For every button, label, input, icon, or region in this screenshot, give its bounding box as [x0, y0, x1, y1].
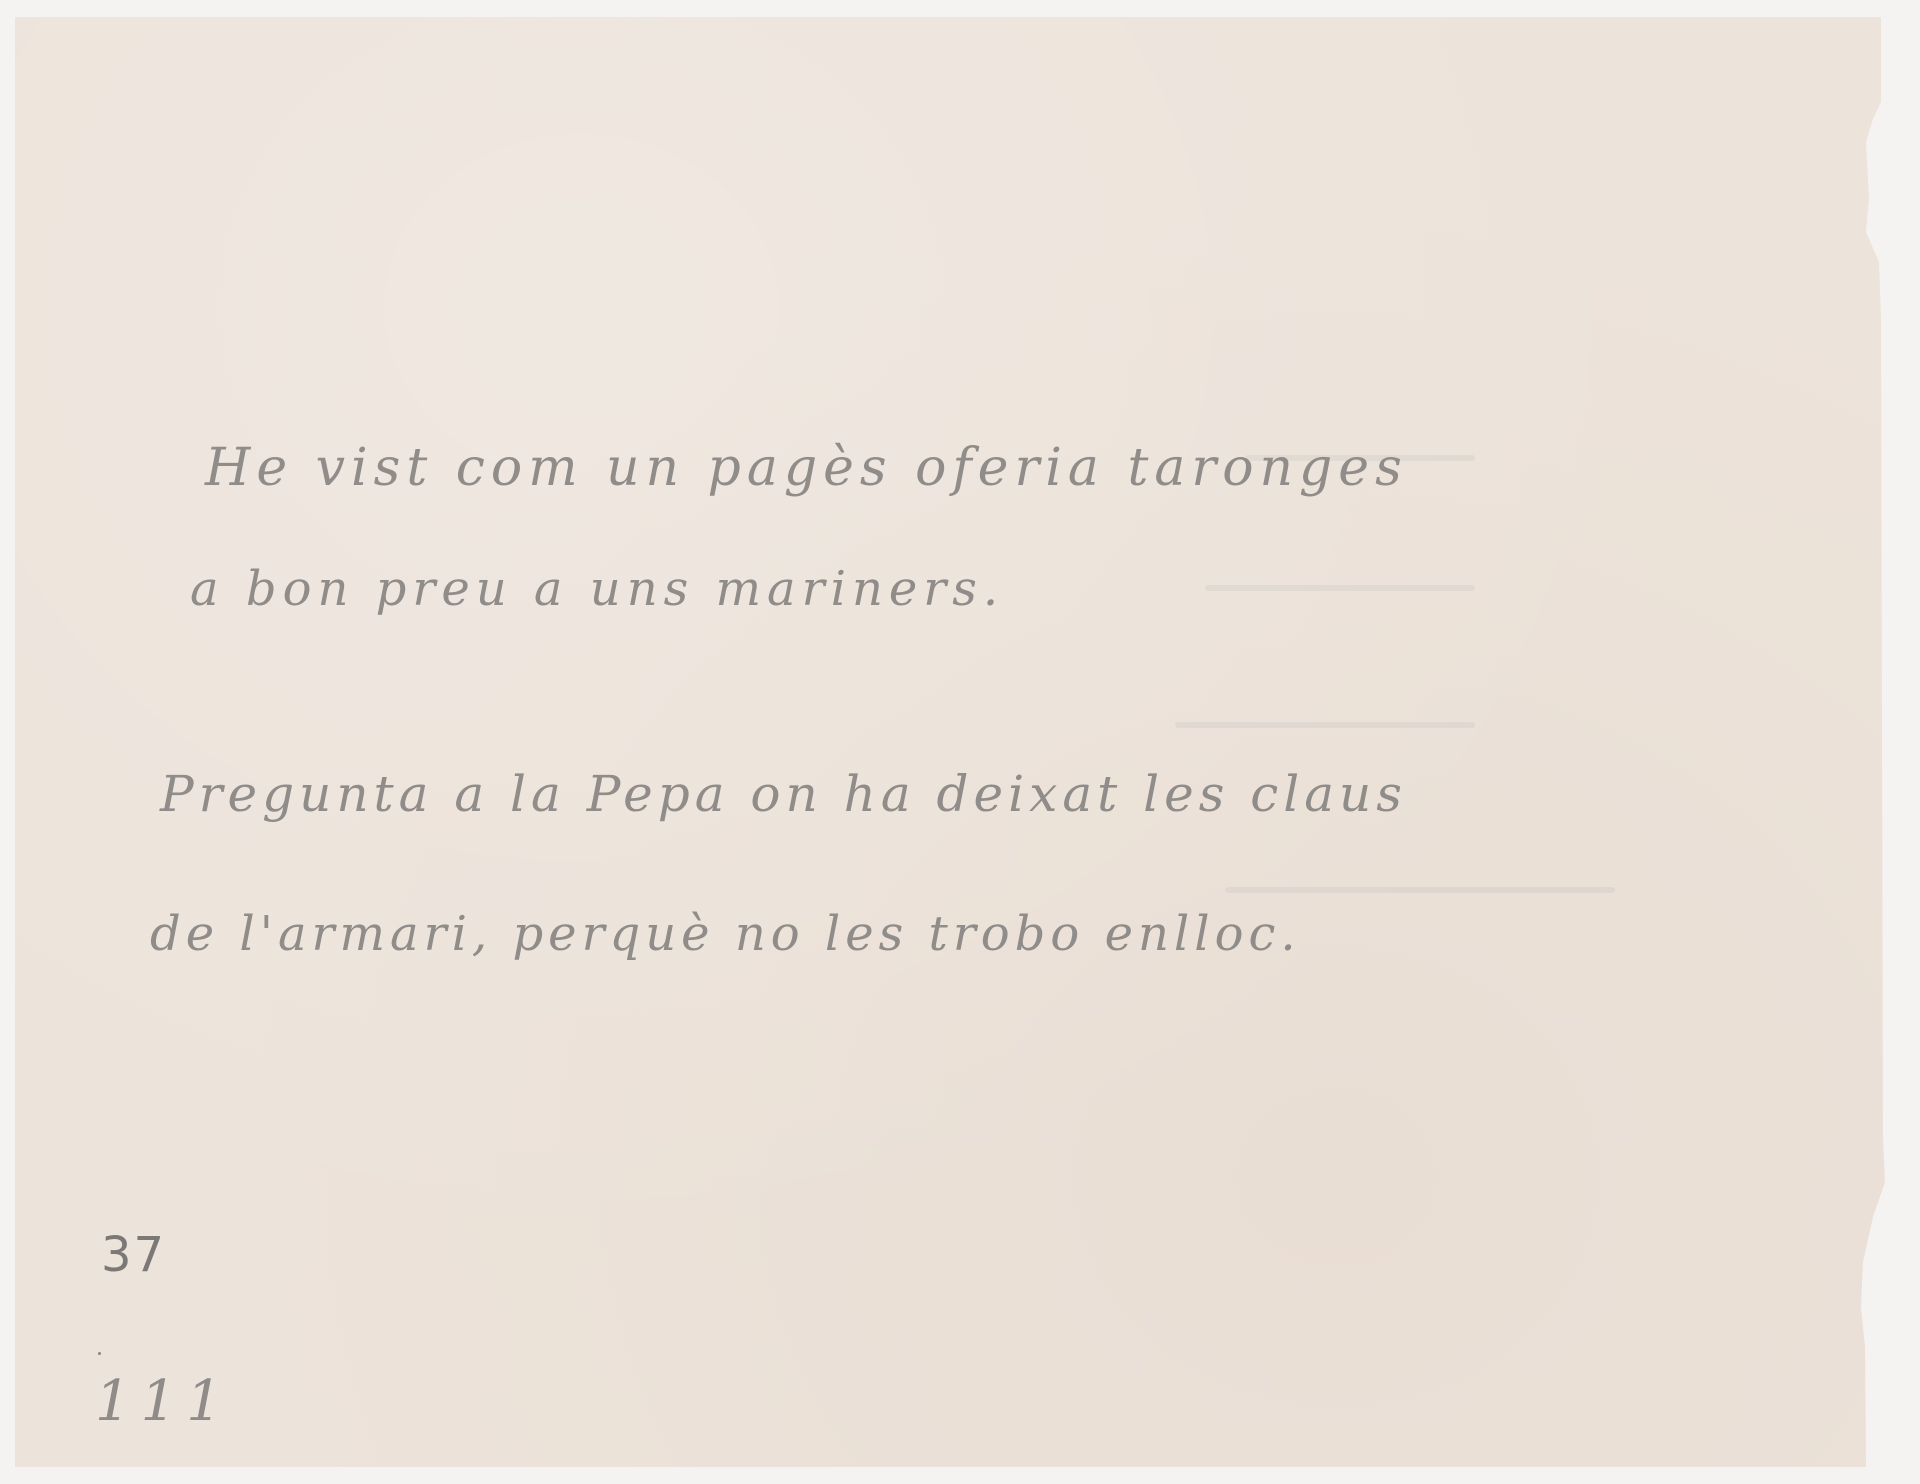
paragraph-2-line-1: Pregunta a la Pepa on ha deixat les clau…	[160, 769, 1407, 819]
paper-sheet: He vist com un pagès oferia taronges a b…	[15, 17, 1903, 1467]
scan-background: He vist com un pagès oferia taronges a b…	[0, 0, 1920, 1484]
paragraph-2-line-2: de l'armari, perquè no les trobo enlloc.	[150, 910, 1301, 958]
paragraph-1-line-1: He vist com un pagès oferia taronges	[205, 442, 1408, 494]
tally-marks: 111	[95, 1369, 232, 1434]
paragraph-1-line-2: a bon preu a uns mariners.	[190, 565, 1004, 613]
show-through-mark	[1175, 722, 1475, 728]
pencil-dot	[98, 1352, 101, 1355]
show-through-mark	[1225, 887, 1615, 893]
show-through-mark	[1205, 585, 1475, 591]
page-number: 37	[101, 1227, 166, 1283]
